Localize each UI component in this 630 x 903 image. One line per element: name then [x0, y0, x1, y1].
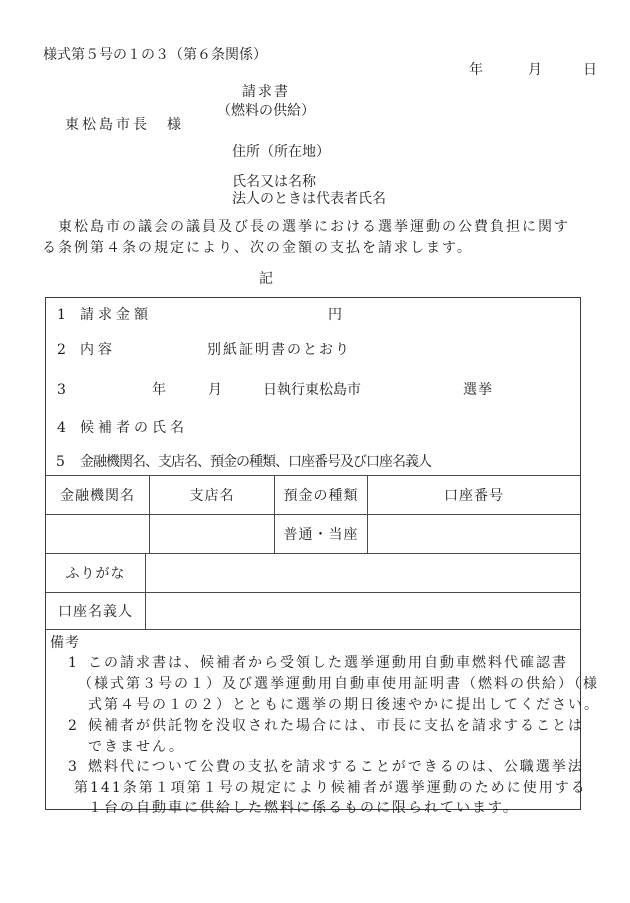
remark-1-line-3: 式第４号の１の２）とともに選挙の期日後速やかに提出してください。 [88, 697, 600, 713]
remark-3-line-2: 第141条第１項第１号の規定により候補者が選挙運動のために使用する [74, 780, 587, 796]
record-mark: 記 [0, 271, 532, 287]
bank-name-header: 金融機関名 [46, 476, 149, 514]
remark-1-number: 1 [68, 655, 77, 671]
account-holder-label: 口座名義人 [46, 593, 145, 629]
name-label: 氏名又は名称 [232, 174, 316, 190]
remark-1-line-2: （様式第３号の１）及び選挙運動用自動車使用証明書（燃料の供給）（様 [78, 676, 599, 692]
item-5-label: 金融機関名、支店名、預金の種類、口座番号及び口座名義人 [80, 454, 431, 470]
account-number-header: 口座番号 [367, 476, 580, 514]
item-3-month-label: 月 [208, 382, 222, 398]
main-table: 1 請求金額 円 2 内容 別紙証明書のとおり 3 年 月 日執行東松島市 選挙… [45, 297, 581, 810]
furigana-row: ふりがな [46, 553, 580, 592]
remarks-section: 備考 1 この請求書は、候補者から受領した選挙運動用自動車燃料代確認書 （様式第… [46, 629, 580, 810]
item-4-label: 候補者の氏名 [80, 420, 188, 436]
item-4-number: 4 [57, 420, 66, 436]
remarks-title: 備考 [50, 635, 80, 651]
furigana-label: ふりがな [46, 554, 145, 592]
body-line-2: る条例第４条の規定により、次の金額の支払を請求します。 [42, 240, 473, 256]
bank-header-row: 金融機関名 支店名 預金の種類 口座番号 [46, 475, 580, 514]
account-holder-row: 口座名義人 [46, 592, 580, 629]
remark-2-line-2: できません。 [88, 739, 185, 755]
furigana-value-cell [145, 554, 580, 592]
remark-2-number: 2 [68, 718, 77, 734]
item-5-number: 5 [56, 454, 65, 470]
body-line-1: 東松島市の議会の議員及び長の選挙における選挙運動の公費負担に関す [42, 219, 570, 235]
items-section: 1 請求金額 円 2 内容 別紙証明書のとおり 3 年 月 日執行東松島市 選挙… [46, 298, 580, 475]
document-title: 請求書 [0, 84, 532, 100]
deposit-type-header: 預金の種類 [274, 476, 367, 514]
remark-3-line-3: １台の自動車に供給した燃料に係るものに限られています。 [88, 800, 519, 816]
account-holder-value-cell [145, 593, 580, 629]
bank-account-table: 金融機関名 支店名 預金の種類 口座番号 普通・当座 ふりがな 口座名義人 [46, 475, 580, 629]
branch-name-cell [149, 515, 274, 553]
remark-3-number: 3 [68, 759, 77, 775]
deposit-type-cell: 普通・当座 [274, 515, 367, 553]
addressee: 東松島市長 様 [65, 117, 184, 133]
item-1-number: 1 [57, 307, 66, 323]
address-label: 住所（所在地） [232, 144, 330, 160]
corporate-rep-label: 法人のときは代表者氏名 [232, 191, 386, 207]
item-1-unit: 円 [328, 307, 342, 323]
bank-entry-row: 普通・当座 [46, 514, 580, 553]
remark-2-text-1: 候補者が供託物を没収された場合には、市長に支払を請求することは [88, 718, 584, 734]
date-month-label: 月 [528, 62, 542, 78]
item-3-number: 3 [57, 382, 66, 398]
item-2-value: 別紙証明書のとおり [207, 342, 351, 358]
document-page: 様式第５号の１の３（第６条関係） 年 月 日 請求書 （燃料の供給） 東松島市長… [0, 0, 630, 903]
account-number-cell [367, 515, 580, 553]
item-3-election-label: 選挙 [463, 382, 493, 398]
branch-name-header: 支店名 [149, 476, 274, 514]
item-1-label: 請求金額 [80, 307, 152, 323]
date-year-label: 年 [469, 62, 483, 78]
item-3-year-label: 年 [152, 382, 166, 398]
bank-name-cell [46, 515, 149, 553]
form-number: 様式第５号の１の３（第６条関係） [43, 47, 267, 63]
item-2-number: 2 [57, 342, 66, 358]
remark-1-text-1: この請求書は、候補者から受領した選挙運動用自動車燃料代確認書 [88, 655, 568, 671]
item-2-label: 内容 [80, 342, 116, 358]
item-3-day-exec-label: 日執行東松島市 [263, 382, 361, 398]
remark-3-text-1: 燃料代について公費の支払を請求することができるのは、公職選挙法 [88, 759, 584, 775]
date-day-label: 日 [583, 62, 597, 78]
